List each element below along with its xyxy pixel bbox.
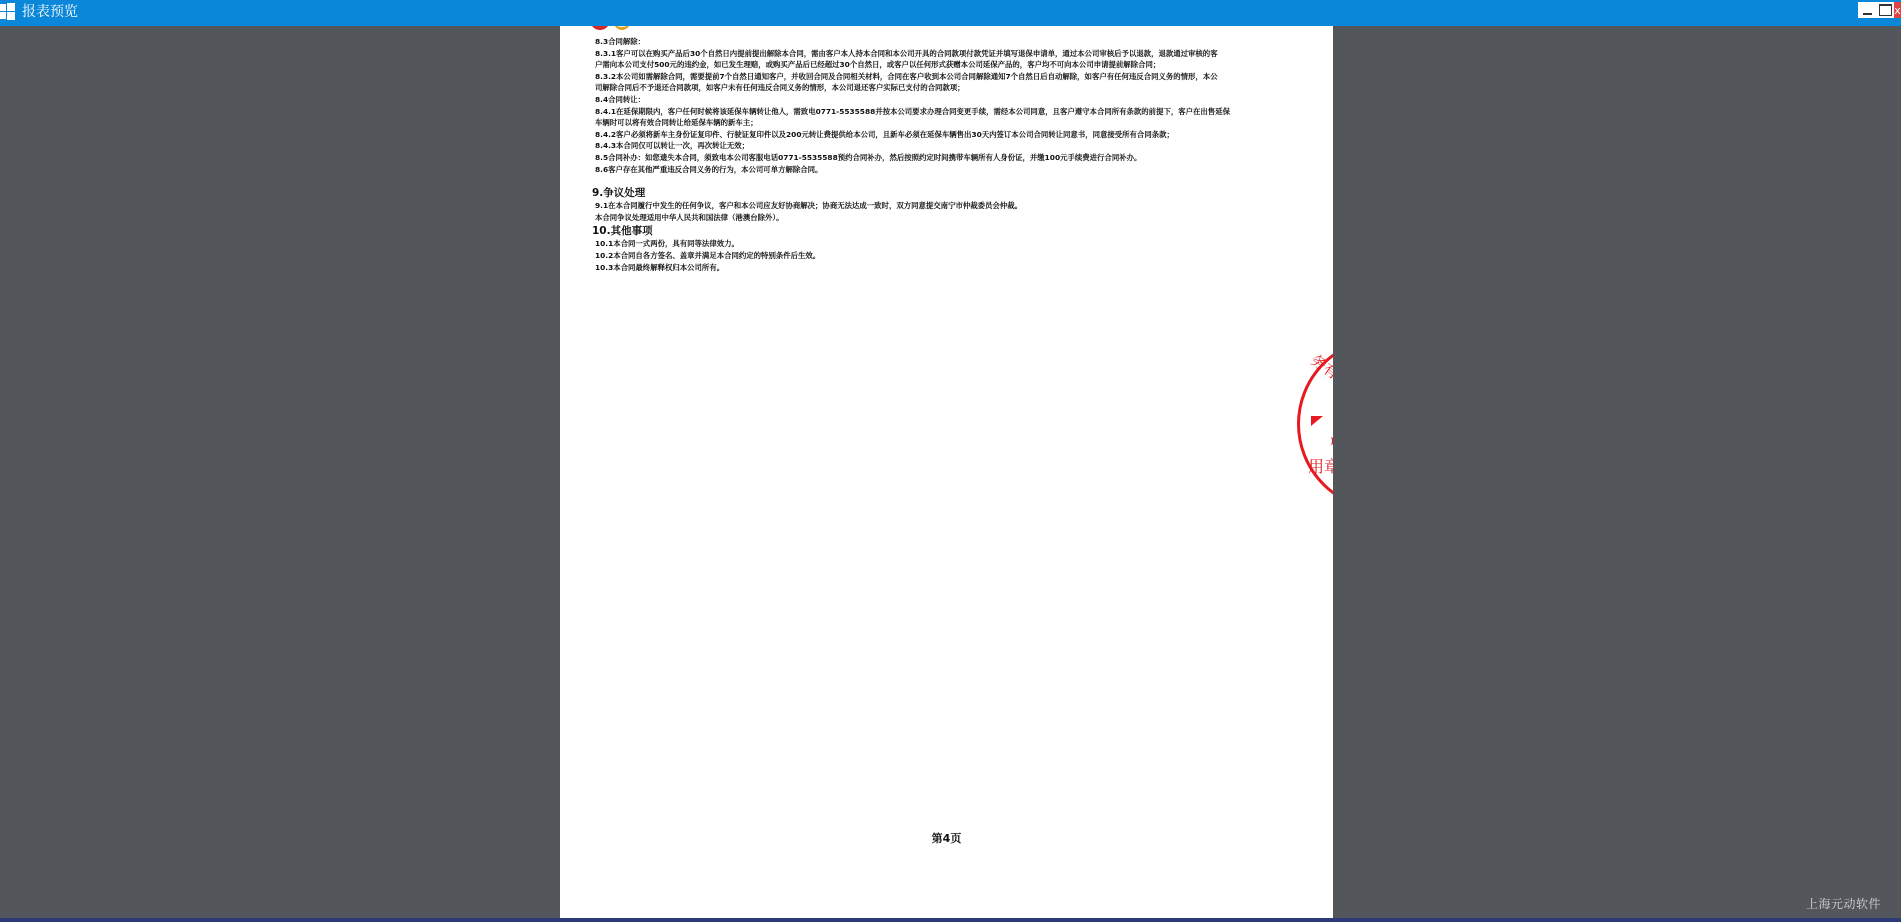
close-icon: x: [1894, 4, 1901, 17]
clause-8-4: 8.4合同转让：: [595, 94, 1295, 106]
clause-9-1-cont: 本合同争议处理适用中华人民共和国法律（港澳台除外）。: [595, 212, 1295, 224]
clause-8-4-1-cont: 车辆时可以将有效合同转让给延保车辆的新车主；: [595, 117, 1295, 129]
logo-red-mark-icon: [590, 26, 610, 30]
clause-10-2: 10.2本合同自各方签名、盖章并满足本合同约定的特别条件后生效。: [595, 250, 1295, 262]
page-number: 第4页: [560, 830, 1333, 846]
logo-yellow-mark-icon: [614, 26, 630, 30]
clause-8-6: 8.6客户存在其他严重违反合同义务的行为，本公司可单方解除合同。: [595, 164, 1295, 176]
stamp-mark-icon: [1327, 437, 1333, 445]
clause-8-3: 8.3合同解除：: [595, 36, 1295, 48]
clause-8-4-2: 8.4.2客户必须将新车主身份证复印件、行驶证复印件以及200元转让费提供给本公…: [595, 129, 1295, 141]
clause-8-3-1: 8.3.1客户可以在购买产品后30个自然日内提前提出解除本合同，需由客户本人持本…: [595, 48, 1295, 60]
report-page: GUANGXI HAIAN GROUP 8.3合同解除： 8.3.1客户可以在购…: [560, 26, 1333, 918]
vendor-watermark: 上海元动软件: [1806, 895, 1881, 912]
minimize-icon: [1863, 13, 1872, 15]
minimize-button[interactable]: [1858, 2, 1877, 18]
windows-logo-icon: [0, 4, 15, 20]
clause-9-1: 9.1在本合同履行中发生的任何争议，客户和本公司应友好协商解决；协商无法达成一致…: [595, 200, 1295, 212]
stamp-text-bottom: 用章: [1308, 454, 1333, 477]
clause-8-3-2: 8.3.2本公司如需解除合同，需要提前7个自然日通知客户，并收回合同及合同相关材…: [595, 71, 1295, 83]
close-button[interactable]: x: [1894, 2, 1901, 18]
clause-8-4-1: 8.4.1在延保期限内，客户任何时候将该延保车辆转让他人，需致电0771-553…: [595, 106, 1295, 118]
clause-8-3-1-cont: 户需向本公司支付500元的违约金，如已发生理赔，或购买产品后已经超过30个自然日…: [595, 59, 1295, 71]
section-9-heading: 9.争议处理: [592, 186, 1295, 200]
clause-10-3: 10.3本合同最终解释权归本公司所有。: [595, 262, 1295, 274]
window-title: 报表预览: [22, 3, 78, 21]
maximize-button[interactable]: [1876, 2, 1895, 18]
clause-8-4-3: 8.4.3本合同仅可以转让一次，再次转让无效；: [595, 140, 1295, 152]
maximize-icon: [1879, 4, 1892, 16]
section-10-heading: 10.其他事项: [592, 224, 1295, 238]
window-titlebar: 报表预览 x: [0, 0, 1901, 26]
contract-text: 8.3合同解除： 8.3.1客户可以在购买产品后30个自然日内提前提出解除本合同…: [595, 36, 1295, 273]
clause-8-3-2-cont: 司解除合同后不予退还合同款项，如客户未有任何违反合同义务的情形，本公司退还客户实…: [595, 82, 1295, 94]
bottom-border: [0, 918, 1901, 922]
clause-8-5: 8.5合同补办：如您遗失本合同，须致电本公司客服电话0771-5535588预约…: [595, 152, 1295, 164]
stamp-star-icon: [1311, 416, 1323, 426]
clause-10-1: 10.1本合同一式两份，具有同等法律效力。: [595, 238, 1295, 250]
